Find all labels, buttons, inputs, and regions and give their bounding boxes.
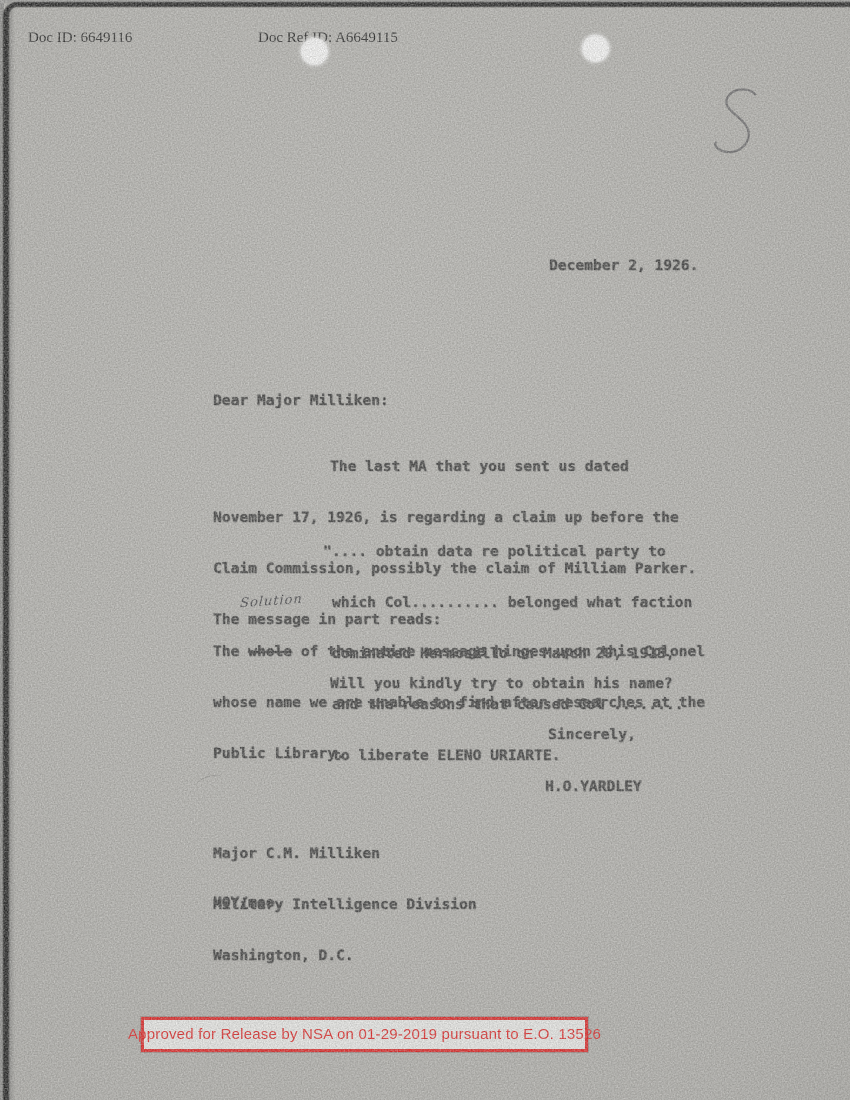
- pencil-annotation-s: [703, 82, 767, 168]
- letter-signature: H.O.YARDLEY: [545, 778, 642, 795]
- paper-edge-shadow: [9, 6, 15, 1100]
- doc-id-text: Doc ID: 6649116: [28, 30, 132, 47]
- hole-punch: [301, 38, 328, 65]
- scanned-letter-page: Doc ID: 6649116 Doc Ref ID: A6649115 Dec…: [0, 0, 850, 1100]
- strikethrough-word: whole: [248, 643, 292, 660]
- letter-paragraph-2: The whole of the entire message hinges u…: [213, 609, 705, 796]
- release-stamp: Approved for Release by NSA on 01-29-201…: [141, 1017, 588, 1052]
- scan-edge-left: [0, 0, 4, 1100]
- letter-question: Will you kindly try to obtain his name?: [330, 675, 673, 692]
- typist-initials: HOY/moo: [213, 894, 275, 911]
- quote-line: ".... obtain data re political party to: [323, 543, 692, 560]
- doc-ref-id-text: Doc Ref ID: A6649115: [258, 30, 398, 47]
- line-prefix: The: [213, 643, 248, 660]
- address-line: Major C.M. Milliken: [213, 845, 477, 862]
- letter-closing: Sincerely,: [548, 726, 636, 743]
- letter-date: December 2, 1926.: [549, 257, 698, 274]
- paragraph-line: The last MA that you sent us dated: [330, 458, 696, 475]
- paragraph-line: Public Library.: [213, 745, 705, 762]
- scan-edge-top: [0, 0, 850, 3]
- paragraph-line: The whole of the entire message hinges u…: [213, 643, 705, 660]
- line-suffix: of the entire message hinges upon this C…: [292, 643, 705, 660]
- address-line: Washington, D.C.: [213, 947, 477, 964]
- paragraph-line: whose name we are unable to find after r…: [213, 694, 705, 711]
- hole-punch: [582, 35, 609, 62]
- letter-salutation: Dear Major Milliken:: [213, 392, 389, 409]
- release-stamp-text: Approved for Release by NSA on 01-29-201…: [128, 1026, 601, 1043]
